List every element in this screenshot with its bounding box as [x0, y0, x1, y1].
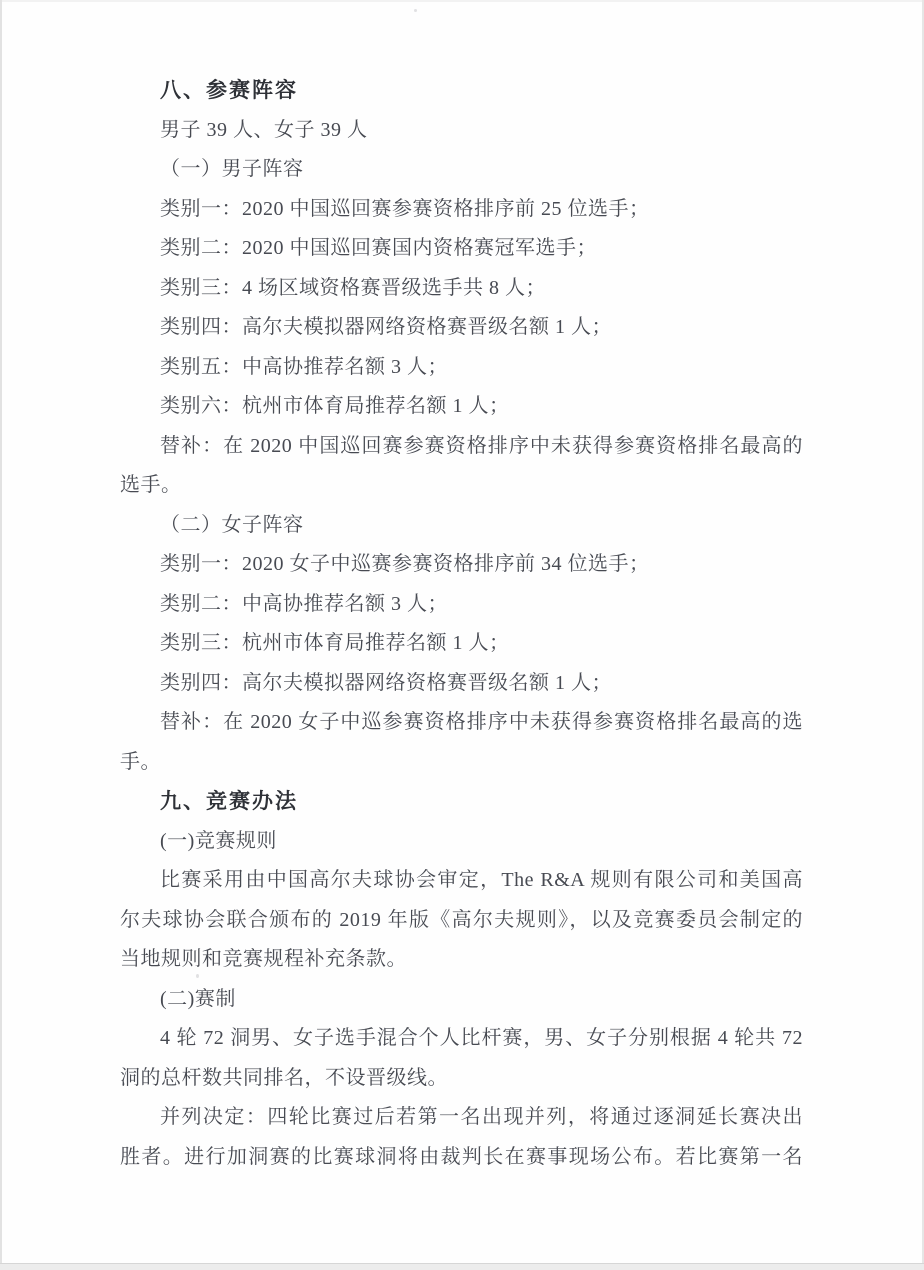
section-heading: 八、参赛阵容	[120, 71, 803, 111]
section-heading: 九、竞赛办法	[120, 782, 803, 822]
text-line: (二)赛制	[120, 980, 803, 1020]
text-line: 胜者。进行加洞赛的比赛球洞将由裁判长在赛事现场公布。若比赛第一名	[120, 1138, 803, 1178]
text-line: 并列决定：四轮比赛过后若第一名出现并列，将通过逐洞延长赛决出	[120, 1098, 803, 1138]
text-line: 类别一：2020 中国巡回赛参赛资格排序前 25 位选手；	[120, 190, 803, 230]
text-line: 4 轮 72 洞男、女子选手混合个人比杆赛，男、女子分别根据 4 轮共 72	[120, 1019, 803, 1059]
page-top-edge	[0, 0, 924, 2]
text-line: (一)竞赛规则	[120, 822, 803, 862]
scan-speckle	[414, 9, 417, 12]
text-line: 类别二：2020 中国巡回赛国内资格赛冠军选手；	[120, 229, 803, 269]
text-line: 洞的总杆数共同排名，不设晋级线。	[120, 1059, 803, 1099]
text-line: 尔夫球协会联合颁布的 2019 年版《高尔夫规则》，以及竞赛委员会制定的	[120, 901, 803, 941]
text-line: （一）男子阵容	[120, 150, 803, 190]
text-line: 选手。	[120, 466, 803, 506]
text-line: 替补：在 2020 中国巡回赛参赛资格排序中未获得参赛资格排名最高的	[120, 427, 803, 467]
text-line: 比赛采用由中国高尔夫球协会审定，The R&A 规则有限公司和美国高	[120, 861, 803, 901]
text-line: 类别五：中高协推荐名额 3 人；	[120, 348, 803, 388]
text-line: 类别二：中高协推荐名额 3 人；	[120, 585, 803, 625]
text-line: 当地规则和竞赛规程补充条款。	[120, 940, 803, 980]
text-line: 类别四：高尔夫模拟器网络资格赛晋级名额 1 人；	[120, 664, 803, 704]
document-page: 八、参赛阵容男子 39 人、女子 39 人（一）男子阵容类别一：2020 中国巡…	[0, 0, 924, 1270]
text-line: 类别一：2020 女子中巡赛参赛资格排序前 34 位选手；	[120, 545, 803, 585]
scan-speckle	[196, 974, 199, 978]
scanner-bottom-band	[0, 1263, 924, 1270]
text-line: 类别三：杭州市体育局推荐名额 1 人；	[120, 624, 803, 664]
page-left-edge	[0, 0, 2, 1263]
text-line: 类别三：4 场区域资格赛晋级选手共 8 人；	[120, 269, 803, 309]
text-line: （二）女子阵容	[120, 506, 803, 546]
document-body: 八、参赛阵容男子 39 人、女子 39 人（一）男子阵容类别一：2020 中国巡…	[120, 71, 803, 1177]
text-line: 男子 39 人、女子 39 人	[120, 111, 803, 151]
text-line: 类别六：杭州市体育局推荐名额 1 人；	[120, 387, 803, 427]
text-line: 替补：在 2020 女子中巡参赛资格排序中未获得参赛资格排名最高的选	[120, 703, 803, 743]
text-line: 类别四：高尔夫模拟器网络资格赛晋级名额 1 人；	[120, 308, 803, 348]
text-line: 手。	[120, 743, 803, 783]
